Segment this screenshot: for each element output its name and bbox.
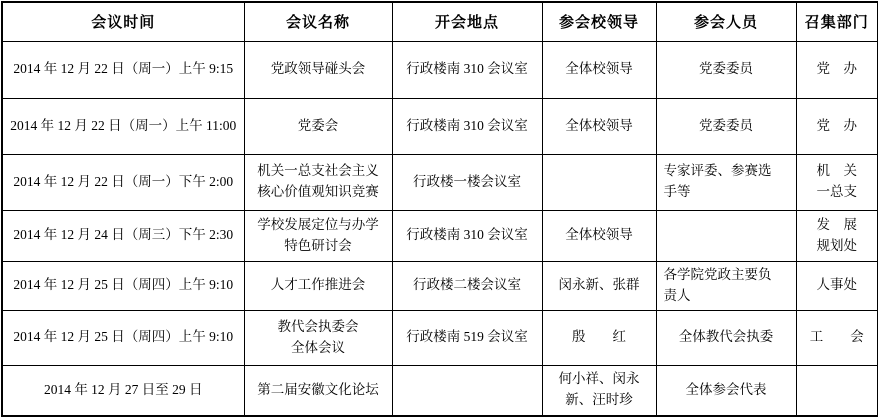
cell-meeting-time: 2014 年 12 月 24 日（周三）下午 2:30 bbox=[2, 210, 244, 261]
cell-meeting-name: 党委会 bbox=[244, 98, 392, 154]
column-header-meeting-location: 开会地点 bbox=[392, 2, 542, 41]
cell-participants: 党委委员 bbox=[656, 98, 796, 154]
cell-convening-department: 发 展 规划处 bbox=[796, 210, 878, 261]
cell-attending-school-leaders: 闵永新、张群 bbox=[542, 261, 656, 310]
cell-attending-school-leaders: 全体校领导 bbox=[542, 210, 656, 261]
meeting-schedule-page: 会议时间会议名称开会地点参会校领导参会人员召集部门 2014 年 12 月 22… bbox=[0, 0, 878, 420]
cell-meeting-time: 2014 年 12 月 22 日（周一）上午 9:15 bbox=[2, 41, 244, 98]
cell-participants: 党委委员 bbox=[656, 41, 796, 98]
cell-meeting-location: 行政楼南 519 会议室 bbox=[392, 310, 542, 365]
cell-participants: 全体参会代表 bbox=[656, 365, 796, 416]
cell-meeting-location: 行政楼南 310 会议室 bbox=[392, 98, 542, 154]
column-header-participants: 参会人员 bbox=[656, 2, 796, 41]
cell-meeting-time: 2014 年 12 月 22 日（周一）上午 11:00 bbox=[2, 98, 244, 154]
cell-convening-department: 党 办 bbox=[796, 98, 878, 154]
column-header-meeting-time: 会议时间 bbox=[2, 2, 244, 41]
table-row: 2014 年 12 月 25 日（周四）上午 9:10人才工作推进会行政楼二楼会… bbox=[2, 261, 878, 310]
cell-participants bbox=[656, 210, 796, 261]
cell-attending-school-leaders bbox=[542, 154, 656, 210]
cell-meeting-location: 行政楼南 310 会议室 bbox=[392, 41, 542, 98]
cell-attending-school-leaders: 殷 红 bbox=[542, 310, 656, 365]
cell-convening-department: 工 会 bbox=[796, 310, 878, 365]
table-row: 2014 年 12 月 24 日（周三）下午 2:30学校发展定位与办学 特色研… bbox=[2, 210, 878, 261]
table-row: 2014 年 12 月 27 日至 29 日第二届安徽文化论坛何小祥、闵永 新、… bbox=[2, 365, 878, 416]
column-header-convening-department: 召集部门 bbox=[796, 2, 878, 41]
cell-meeting-name: 学校发展定位与办学 特色研讨会 bbox=[244, 210, 392, 261]
cell-meeting-location: 行政楼南 310 会议室 bbox=[392, 210, 542, 261]
cell-meeting-name: 教代会执委会 全体会议 bbox=[244, 310, 392, 365]
cell-meeting-time: 2014 年 12 月 25 日（周四）上午 9:10 bbox=[2, 310, 244, 365]
cell-meeting-time: 2014 年 12 月 22 日（周一）下午 2:00 bbox=[2, 154, 244, 210]
cell-meeting-location: 行政楼二楼会议室 bbox=[392, 261, 542, 310]
cell-attending-school-leaders: 全体校领导 bbox=[542, 98, 656, 154]
header-row: 会议时间会议名称开会地点参会校领导参会人员召集部门 bbox=[2, 2, 878, 41]
cell-meeting-time: 2014 年 12 月 27 日至 29 日 bbox=[2, 365, 244, 416]
cell-attending-school-leaders: 何小祥、闵永 新、汪时珍 bbox=[542, 365, 656, 416]
cell-convening-department: 机 关 一总支 bbox=[796, 154, 878, 210]
table-row: 2014 年 12 月 22 日（周一）下午 2:00机关一总支社会主义 核心价… bbox=[2, 154, 878, 210]
table-row: 2014 年 12 月 22 日（周一）上午 11:00党委会行政楼南 310 … bbox=[2, 98, 878, 154]
cell-meeting-name: 人才工作推进会 bbox=[244, 261, 392, 310]
cell-meeting-name: 第二届安徽文化论坛 bbox=[244, 365, 392, 416]
table-body: 2014 年 12 月 22 日（周一）上午 9:15党政领导碰头会行政楼南 3… bbox=[2, 41, 878, 416]
meeting-schedule-table: 会议时间会议名称开会地点参会校领导参会人员召集部门 2014 年 12 月 22… bbox=[1, 1, 878, 417]
table-row: 2014 年 12 月 22 日（周一）上午 9:15党政领导碰头会行政楼南 3… bbox=[2, 41, 878, 98]
cell-participants: 全体教代会执委 bbox=[656, 310, 796, 365]
table-header: 会议时间会议名称开会地点参会校领导参会人员召集部门 bbox=[2, 2, 878, 41]
table-row: 2014 年 12 月 25 日（周四）上午 9:10教代会执委会 全体会议行政… bbox=[2, 310, 878, 365]
cell-participants: 各学院党政主要负 责人 bbox=[656, 261, 796, 310]
cell-convening-department: 人事处 bbox=[796, 261, 878, 310]
cell-meeting-name: 机关一总支社会主义 核心价值观知识竞赛 bbox=[244, 154, 392, 210]
cell-convening-department: 党 办 bbox=[796, 41, 878, 98]
column-header-meeting-name: 会议名称 bbox=[244, 2, 392, 41]
cell-participants: 专家评委、参赛选 手等 bbox=[656, 154, 796, 210]
cell-meeting-name: 党政领导碰头会 bbox=[244, 41, 392, 98]
cell-attending-school-leaders: 全体校领导 bbox=[542, 41, 656, 98]
cell-convening-department bbox=[796, 365, 878, 416]
column-header-attending-school-leaders: 参会校领导 bbox=[542, 2, 656, 41]
cell-meeting-location bbox=[392, 365, 542, 416]
cell-meeting-time: 2014 年 12 月 25 日（周四）上午 9:10 bbox=[2, 261, 244, 310]
cell-meeting-location: 行政楼一楼会议室 bbox=[392, 154, 542, 210]
